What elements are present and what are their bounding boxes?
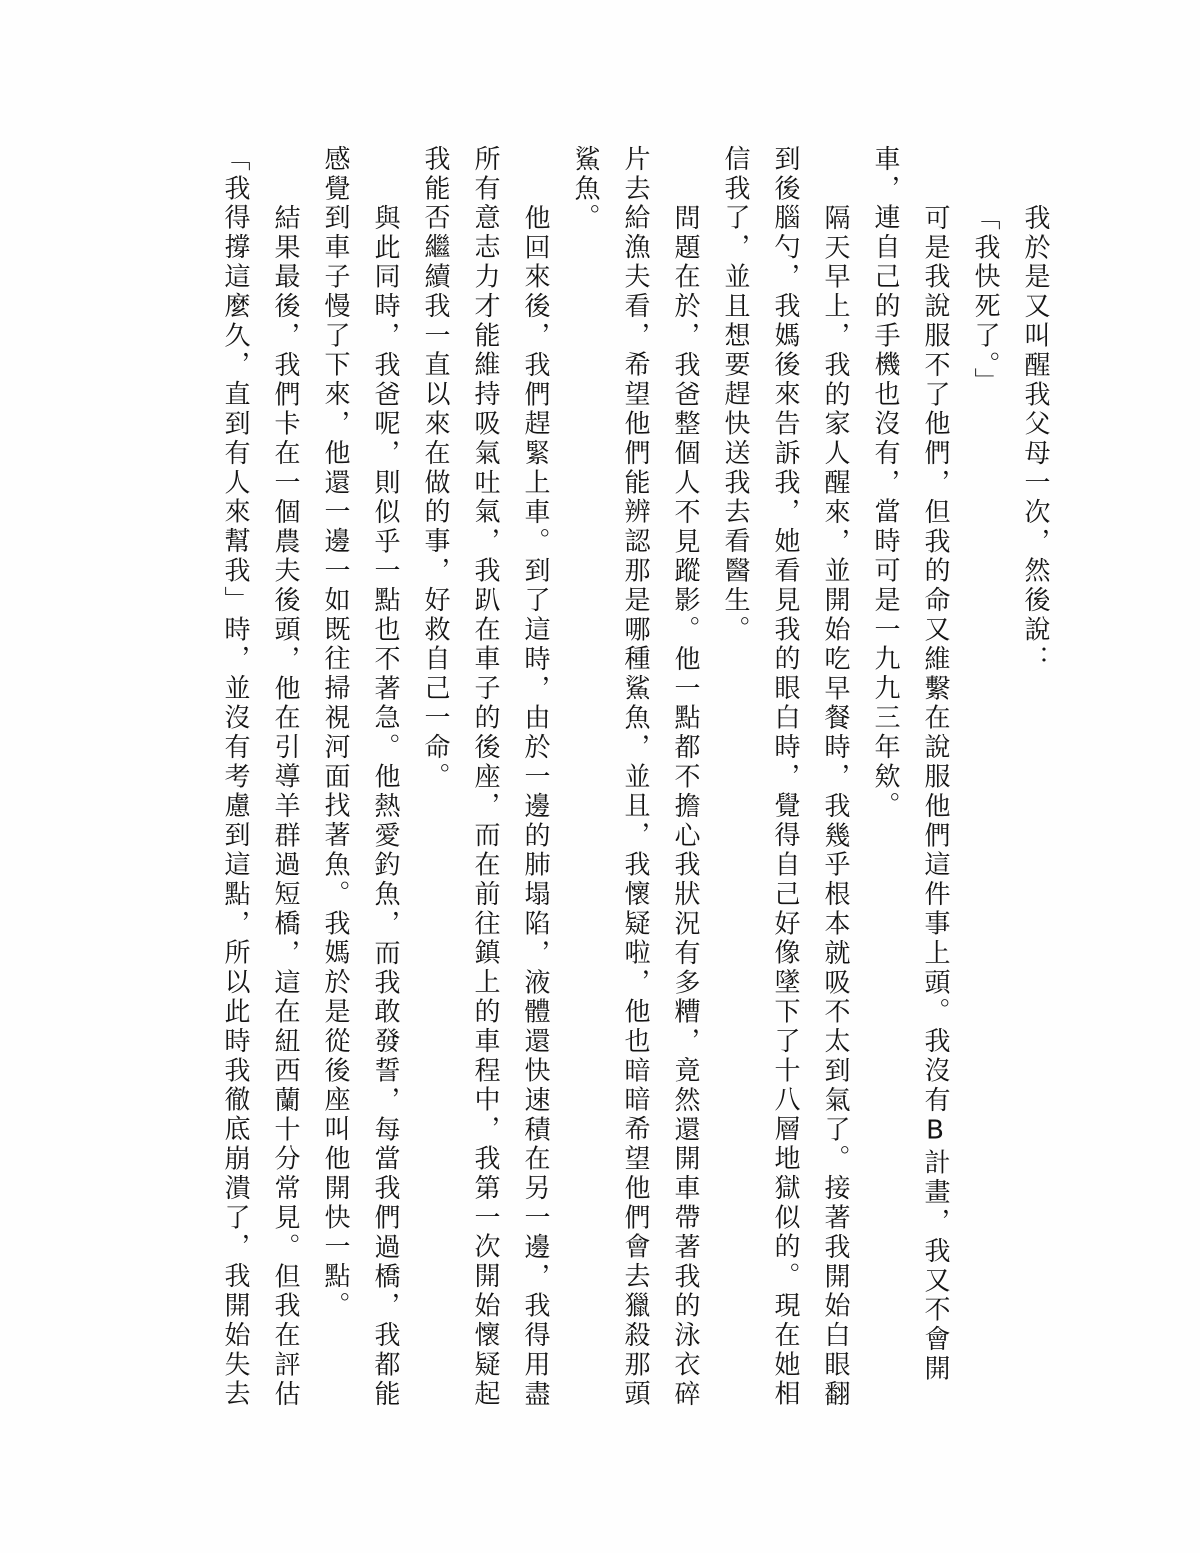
text-line: 結果最後，我們卡在一個農夫後頭，他在引導羊群過短橋，這在紐西蘭十分常見。但我在評… bbox=[260, 145, 310, 1415]
text-line: 到後腦勺，我媽後來告訴我，她看見我的眼白時，覺得自己好像墜下了十八層地獄似的。現… bbox=[760, 145, 810, 1415]
text-line: 「我得撐這麼久，直到有人來幫我」時，並沒有考慮到這點，所以此時我徹底崩潰了，我開… bbox=[210, 145, 260, 1415]
text-line: 他回來後，我們趕緊上車。到了這時，由於一邊的肺塌陷，液體還快速積在另一邊，我得用… bbox=[510, 145, 560, 1415]
text-line: 鯊魚。 bbox=[560, 145, 610, 1415]
paragraph-no-plan-b: 可是我說服不了他們，但我的命又維繫在說服他們這件事上頭。我沒有B計畫，我又不會開… bbox=[860, 145, 960, 1415]
paragraph-wake-parents: 我於是又叫醒我父母一次，然後說： bbox=[1010, 145, 1060, 1415]
text-line: 我能否繼續我一直以來在做的事，好救自己一命。 bbox=[410, 145, 460, 1415]
paragraph-stuck-behind-farmer: 結果最後，我們卡在一個農夫後頭，他在引導羊群過短橋，這在紐西蘭十分常見。但我在評… bbox=[210, 145, 310, 1415]
paragraph-dialogue: 「我快死了。」 bbox=[960, 145, 1010, 1415]
text-line: 可是我說服不了他們，但我的命又維繫在說服他們這件事上頭。我沒有B計畫，我又不會開 bbox=[910, 145, 960, 1415]
text-line: 車，連自己的手機也沒有，當時可是一九九三年欸。 bbox=[860, 145, 910, 1415]
paragraph-into-car: 他回來後，我們趕緊上車。到了這時，由於一邊的肺塌陷，液體還快速積在另一邊，我得用… bbox=[410, 145, 560, 1415]
text-line: 「我快死了。」 bbox=[960, 145, 1010, 1415]
text-line: 信我了，並且想要趕快送我去看醫生。 bbox=[710, 145, 760, 1415]
paragraph-father-missing: 問題在於，我爸整個人不見蹤影。他一點都不擔心我狀況有多糟，竟然還開車帶著我的泳衣… bbox=[560, 145, 710, 1415]
text-line: 隔天早上，我的家人醒來，並開始吃早餐時，我幾乎根本就吸不太到氣了。接著我開始白眼… bbox=[810, 145, 860, 1415]
text-line: 感覺到車子慢了下來，他還一邊一如既往掃視河面找著魚。我媽於是從後座叫他開快一點。 bbox=[310, 145, 360, 1415]
text-line: 我於是又叫醒我父母一次，然後說： bbox=[1010, 145, 1060, 1415]
book-page: 我於是又叫醒我父母一次，然後說： 「我快死了。」 可是我說服不了他們，但我的命又… bbox=[0, 0, 1200, 1553]
text-line: 片去給漁夫看，希望他們能辨認那是哪種鯊魚，並且，我懷疑啦，他也暗暗希望他們會去獵… bbox=[610, 145, 660, 1415]
vertical-text-body: 我於是又叫醒我父母一次，然後說： 「我快死了。」 可是我說服不了他們，但我的命又… bbox=[210, 145, 1060, 1415]
text-line: 問題在於，我爸整個人不見蹤影。他一點都不擔心我狀況有多糟，竟然還開車帶著我的泳衣… bbox=[660, 145, 710, 1415]
paragraph-next-morning: 隔天早上，我的家人醒來，並開始吃早餐時，我幾乎根本就吸不太到氣了。接著我開始白眼… bbox=[710, 145, 860, 1415]
text-line: 與此同時，我爸呢，則似乎一點也不著急。他熱愛釣魚，而我敢發誓，每當我們過橋，我都… bbox=[360, 145, 410, 1415]
text-line: 所有意志力才能維持吸氣吐氣，我趴在車子的後座，而在前往鎮上的車程中，我第一次開始… bbox=[460, 145, 510, 1415]
paragraph-father-fishing: 與此同時，我爸呢，則似乎一點也不著急。他熱愛釣魚，而我敢發誓，每當我們過橋，我都… bbox=[310, 145, 410, 1415]
